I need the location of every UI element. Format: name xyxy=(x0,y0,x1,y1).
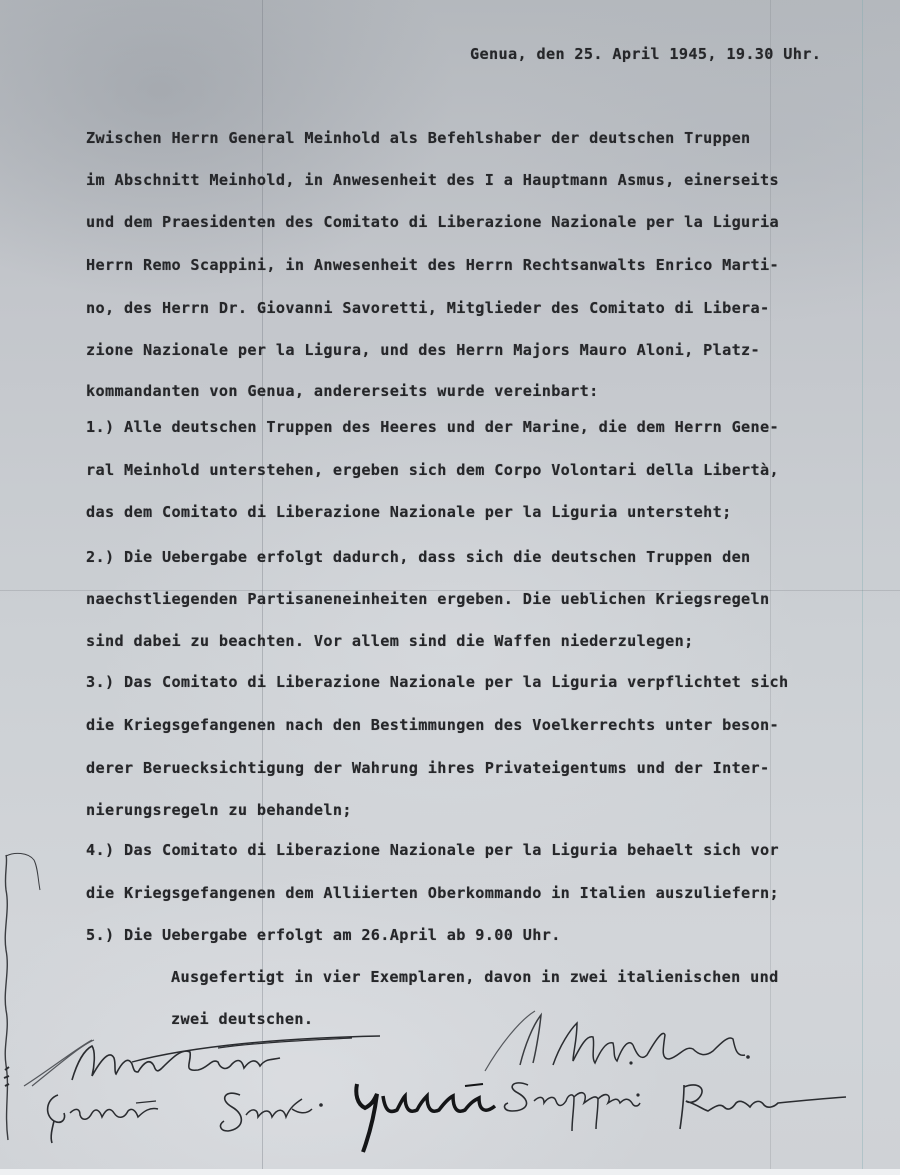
preamble-line: kommandanten von Genua, andererseits wur… xyxy=(86,382,599,400)
clause-line: naechstliegenden Partisaneneinheiten erg… xyxy=(86,590,770,608)
paper-edge-line xyxy=(862,0,863,1175)
preamble-line: Zwischen Herrn General Meinhold als Befe… xyxy=(86,129,751,147)
clause-line: 5.) Die Uebergabe erfolgt am 26.April ab… xyxy=(86,926,561,944)
clause-line: ral Meinhold unterstehen, ergeben sich d… xyxy=(86,461,779,479)
clause-line: sind dabei zu beachten. Vor allem sind d… xyxy=(86,632,694,650)
preamble-line: und dem Praesidenten des Comitato di Lib… xyxy=(86,213,779,231)
signature-meinhold: Meinhold xyxy=(465,1005,765,1079)
clause-line: das dem Comitato di Liberazione Nazional… xyxy=(86,503,732,521)
clause-line: die Kriegsgefangenen dem Alliierten Ober… xyxy=(86,884,779,902)
clause-line: 2.) Die Uebergabe erfolgt dadurch, dass … xyxy=(86,548,751,566)
scan-bottom-edge xyxy=(0,1169,900,1175)
closing-line: zwei deutschen. xyxy=(171,1010,313,1028)
closing-line: Ausgefertigt in vier Exemplaren, davon i… xyxy=(171,968,779,986)
signature-aloni: Aloni xyxy=(345,1080,505,1164)
clause-line: 4.) Das Comitato di Liberazione Nazional… xyxy=(86,841,779,859)
signature-savoretti: Giovanni Savoretti xyxy=(40,1085,330,1149)
clause-line: derer Beruecksichtigung der Wahrung ihre… xyxy=(86,759,770,777)
dateline: Genua, den 25. April 1945, 19.30 Uhr. xyxy=(470,45,821,63)
preamble-line: no, des Herrn Dr. Giovanni Savoretti, Mi… xyxy=(86,299,770,317)
signature-scappini: Scappini Remo xyxy=(488,1075,848,1139)
clause-line: nierungsregeln zu behandeln; xyxy=(86,801,352,819)
margin-annotation: vertical handwritten note in left margin… xyxy=(0,850,40,1154)
preamble-line: zione Nazionale per la Ligura, und des H… xyxy=(86,341,760,359)
signature-martino: Enrico Martino xyxy=(22,1028,382,1092)
preamble-line: im Abschnitt Meinhold, in Anwesenheit de… xyxy=(86,171,779,189)
clause-line: die Kriegsgefangenen nach den Bestimmung… xyxy=(86,716,779,734)
clause-line: 3.) Das Comitato di Liberazione Nazional… xyxy=(86,673,789,691)
clause-line: 1.) Alle deutschen Truppen des Heeres un… xyxy=(86,418,779,436)
preamble-line: Herrn Remo Scappini, in Anwesenheit des … xyxy=(86,256,779,274)
scanned-document-page: Genua, den 25. April 1945, 19.30 Uhr. Zw… xyxy=(0,0,900,1175)
